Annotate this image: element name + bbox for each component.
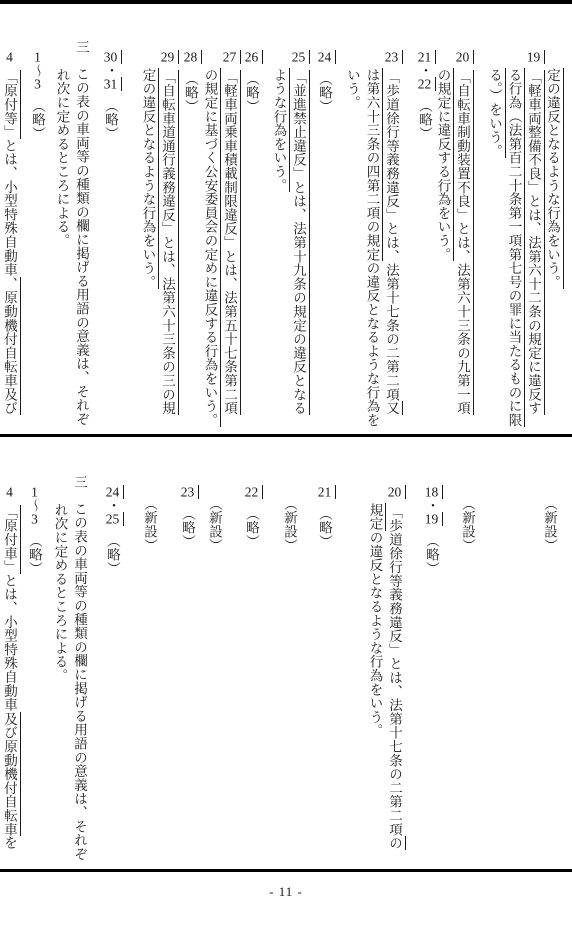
text-column: る行為（法第百二十条第一項第七号の罪に当たるものに限 [504,40,524,462]
text-column: 23「歩道徐行等義務違反」とは、法第十七条の二第二項又 [382,40,402,444]
amended-text-run: る行為（法第百二十条第一項第七号の罪に当たるものに限 [507,68,526,427]
item: 25「並進禁止違反」とは、法第十九条の規定の違反となるような行為をいう。 [269,40,308,434]
item-number: 25 [291,50,310,64]
text-run: （略） [183,72,198,113]
text-run: ・ [105,499,120,513]
item-number: 20 [455,50,474,64]
item-number: 3 [27,512,42,526]
text-column: れ次に定めるところによる。 [52,40,72,462]
item-number: 1 [30,50,45,64]
item: 29「自転車道通行義務違反」とは、法第六十三条の三の規定の違反となるような行為を… [138,40,177,434]
text-column: 4「原付車」とは、小型特殊自動車及び原動機付自転車を [0,475,19,880]
item-number: 30 [103,50,122,64]
amended-text-run: の規定に違反する行為をいう。 [436,68,455,261]
item-number: 22 [417,77,436,91]
text-run: 「歩道徐行等義務違反」とは、法第十七条の二第二項 [387,505,402,836]
text-run: ～ [30,64,45,78]
item: 22（略） [242,475,262,870]
middle-rule [0,434,572,437]
text-column: 23（略） [178,475,198,880]
item-number: 21 [417,50,436,64]
item: （新設） [540,475,560,870]
item-number: 4 [2,50,17,64]
item: 27「軽車両乗車積載制限違反」とは、法第五十七条第二項の規定に基づく公安委員会の… [200,40,239,434]
item-number: 24 [105,485,124,499]
item-number: 4 [2,485,17,499]
text-run: （新設） [542,497,557,552]
item: 三この表の車両等の種類の欄に掲げる用語の意義は、それぞれ次に定めるところによる。 [50,475,89,870]
text-run: （略） [180,507,195,548]
item: 19「軽車両整備不良」とは、法第六十二条の規定に違反する行為（法第百二十条第一項… [485,40,544,434]
item: 30・31（略） [101,40,121,434]
text-run: 三 [74,40,89,54]
text-run: を [2,836,17,850]
amended-text-run: る。）をいう。 [487,68,506,158]
text-column: 18・19（略） [422,475,442,880]
text-run: （新設） [460,497,475,552]
text-run: （略） [424,534,439,575]
text-run: の違反となるような行為をいう。 [368,531,383,738]
item: 1～3（略） [28,40,48,434]
text-column: 21（略） [315,475,335,880]
text-run: ～ [27,499,42,513]
item: 20「歩道徐行等義務違反」とは、法第十七条の二第二項の規定の違反となるような行為… [365,475,404,870]
item: 4「原付等」とは、小型特殊自動車、原動機付自転車及び [0,40,19,434]
item-number: 18 [424,485,443,499]
text-column: 25「並進禁止違反」とは、法第十九条の規定の違反となる [289,40,309,444]
text-column: 19「軽車両整備不良」とは、法第六十二条の規定に違反す [524,40,544,444]
text-column: （新設） [540,475,560,892]
item-number: 20 [387,485,406,499]
item: 20「自転車制動装置不良」とは、法第六十三条の九第一項の規定に違反する行為をいう… [433,40,472,434]
text-column: 26（略） [242,40,262,444]
item-number: 26 [244,50,263,64]
text-column: 規定の違反となるような行為をいう。 [365,475,385,898]
text-column: 24（略） [315,40,335,444]
text-run: （略） [244,72,259,113]
text-run: この表の車両等の種類の欄に掲げる用語の意義は、それぞ [74,67,89,426]
document-page: 定の違反となるような行為をいう。19「軽車両整備不良」とは、法第六十二条の規定に… [0,0,572,927]
amended-text-run: 「自転車制動装置不良」とは、法第六十三条の九第一項 [455,70,474,415]
text-column: いう。 [343,40,363,462]
text-column: （新設） [140,475,160,892]
item: （新設） [140,475,160,870]
text-run: （略） [27,534,42,575]
item: 4「原付車」とは、小型特殊自動車及び原動機付自転車を [0,475,19,870]
amended-text-run: 規定 [368,503,387,531]
text-column: （新設） [280,475,300,892]
amended-text-run: 「原付車」 [2,505,21,574]
text-column: 27「軽車両乗車積載制限違反」とは、法第五十七条第二項 [220,40,240,444]
text-run: （略） [317,72,332,113]
text-run: （略） [244,507,259,548]
item-number: 19 [526,50,545,64]
amended-text-run: 「並進禁止違反」とは、法第十九条の規定の違反となる [291,70,310,415]
item: 26（略） [242,40,262,434]
item: 28（略） [181,40,201,434]
item-number: 27 [222,50,241,64]
text-column: 定の違反となるような行為をいう。 [138,40,158,462]
text-column: 1～3（略） [28,40,48,444]
item-number: 23 [180,485,199,499]
item-number: 1 [27,485,42,499]
amended-text-run: の規定に基づく公安委員会の定めに違反する行為をいう。 [203,68,222,427]
amended-text-run: 「自転車道通行義務違反」とは、法第六十三条の三の規 [160,70,179,415]
item-number: 31 [103,77,122,91]
text-column: （新設） [205,475,225,892]
text-column: の規定に基づく公安委員会の定めに違反する行為をいう。 [200,40,220,462]
text-column: 21・22（略） [415,40,435,444]
text-run: とは、小型特殊自動車 [2,139,17,277]
text-run: れ次に定めるところによる。 [53,503,68,682]
text-run: （略） [103,99,118,140]
amended-text-run: 定の違反となるような行為をいう。 [141,68,160,289]
item-number: 22 [244,485,263,499]
text-column: 22（略） [242,475,262,880]
text-run: いう。 [345,68,360,109]
text-run: この表の車両等の種類の欄に掲げる用語の意義は、それぞ [72,502,87,861]
item: （新設） [280,475,300,870]
top-rule [0,0,572,4]
item: 三この表の車両等の種類の欄に掲げる用語の意義は、それぞれ次に定めるところによる。 [52,40,91,434]
text-column: 20「歩道徐行等義務違反」とは、法第十七条の二第二項の [385,475,405,880]
text-run: 三 [72,475,87,489]
text-run: （新設） [142,497,157,552]
text-run: （略） [30,99,45,140]
item: 23（略） [178,475,198,870]
item-number: 3 [30,77,45,91]
text-column: 三この表の車両等の種類の欄に掲げる用語の意義は、それぞ [70,475,90,870]
item: 定の違反となるような行為をいう。 [543,40,563,434]
text-column: 定の違反となるような行為をいう。 [543,40,563,462]
current-text-panel: （新設）（新設）18・19（略）20「歩道徐行等義務違反」とは、法第十七条の二第… [0,475,572,870]
text-column: （新設） [458,475,478,892]
item: 24・25（略） [103,475,123,870]
text-column: 29「自転車道通行義務違反」とは、法第六十三条の三の規 [158,40,178,444]
text-column: 30・31（略） [101,40,121,444]
text-run: とは、小型特殊自動車 [2,574,17,712]
text-run: （新設） [282,497,297,552]
text-run: ・ [103,64,118,78]
item-number: 23 [384,50,403,64]
item: 23「歩道徐行等義務違反」とは、法第十七条の二第二項又は第六十三条の四第二項の規… [343,40,402,434]
item-number: 29 [160,50,179,64]
text-run: （略） [317,507,332,548]
amended-text-run: は第六十三条の四第二項の規定 [365,68,384,261]
text-run: ・ [424,499,439,513]
text-run: 「歩道徐行等義務違反」とは、法第十七条の二第二項 [384,70,399,401]
item-number: 25 [105,512,124,526]
text-run: （新設） [207,497,222,552]
item-number: 19 [424,512,443,526]
item: 21（略） [315,475,335,870]
amended-text-run: 定の違反となるような行為をいう。 [545,68,564,289]
text-column: れ次に定めるところによる。 [50,475,70,898]
text-run: （略） [105,534,120,575]
amended-text-run: 又 [384,401,403,415]
amended-text-run: 「軽車両乗車積載制限違反」とは、法第五十七条第二項 [222,70,241,415]
item-number: 21 [317,485,336,499]
text-column: 20「自転車制動装置不良」とは、法第六十三条の九第一項 [453,40,473,444]
item: （新設） [205,475,225,870]
text-column: 24・25（略） [103,475,123,880]
text-column: 三この表の車両等の種類の欄に掲げる用語の意義は、それぞ [72,40,92,434]
text-column: の規定に違反する行為をいう。 [433,40,453,462]
amended-text-run: の [387,836,406,850]
text-column: 4「原付等」とは、小型特殊自動車、原動機付自転車及び [0,40,19,444]
text-column: は第六十三条の四第二項の規定の違反となるような行為を [362,40,382,462]
item: 1～3（略） [25,475,45,870]
text-column: ような行為をいう。 [269,40,289,462]
item: （新設） [458,475,478,870]
revised-text-panel: 定の違反となるような行為をいう。19「軽車両整備不良」とは、法第六十二条の規定に… [0,40,572,434]
item-number: 28 [183,50,202,64]
text-column: る。）をいう。 [485,40,505,462]
amended-text-run: 及び原動機付自転車 [2,712,21,836]
amended-text-run: ような行為をいう。 [272,68,291,192]
text-column: 1～3（略） [25,475,45,880]
text-run: れ次に定めるところによる。 [55,68,70,247]
text-run: の違反となるような行為を [365,261,380,427]
text-run: ・ [417,64,432,78]
amended-text-run: 「原付等」 [2,70,21,139]
amended-text-run: 「軽車両整備不良」とは、法第六十二条の規定に違反す [526,70,545,415]
item: 18・19（略） [422,475,442,870]
item-number: 24 [317,50,336,64]
bottom-rule [0,869,572,872]
page-number: - 11 - [0,884,572,900]
text-run: （略） [417,99,432,140]
item: 21・22（略） [415,40,435,434]
amended-text-run: 、原動機付自転車及び [2,277,21,415]
text-column: 28（略） [181,40,201,444]
item: 24（略） [315,40,335,434]
